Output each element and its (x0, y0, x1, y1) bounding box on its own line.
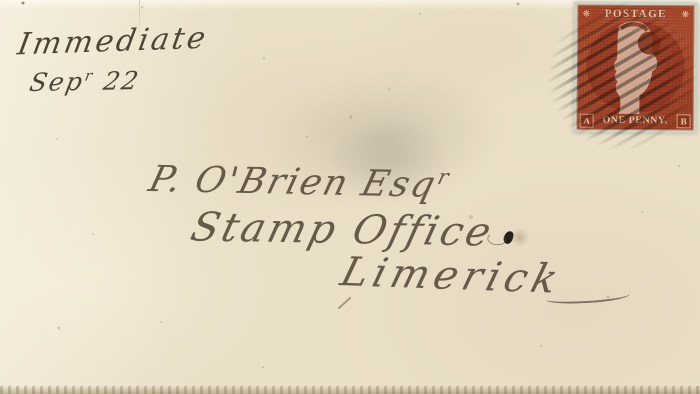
cancellation-bars (546, 0, 700, 152)
annotation-date-month: Sep (27, 67, 87, 97)
annotation-date-day: 22 (101, 66, 142, 96)
annotation-date-superscript: r (83, 68, 95, 84)
paper-specks (0, 0, 2, 2)
address-line-city: Limerick (336, 249, 568, 302)
ink-blot (503, 230, 515, 245)
address-line-name: P. O'Brien Esqr (145, 159, 453, 206)
envelope-bottom-edge (0, 386, 700, 394)
address-line-office: Stamp Office (186, 204, 498, 255)
ink-scratch-mark (338, 297, 352, 310)
annotation-date: Sepr22 (27, 66, 142, 97)
annotation-immediate: Immediate (15, 21, 211, 63)
addressee-name: P. O'Brien Esq (145, 159, 441, 206)
envelope-photo: Immediate Sepr22 P. O'Brien Esqr Stamp O… (0, 0, 700, 394)
